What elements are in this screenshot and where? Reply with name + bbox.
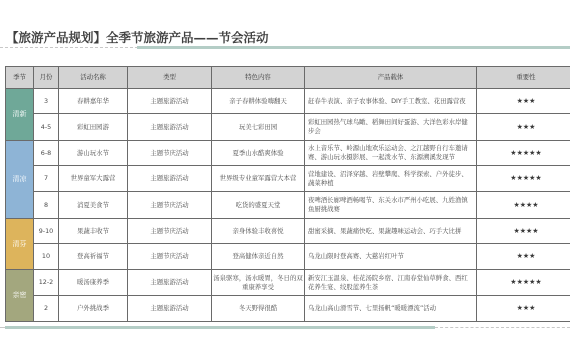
type-cell: 主题旅游活动 xyxy=(128,166,212,192)
importance-stars: ★★★★ xyxy=(477,219,570,244)
month-cell: 10 xyxy=(34,244,59,270)
type-cell: 主题旅游活动 xyxy=(128,296,212,322)
activity-name-cell: 果蔬丰收节 xyxy=(59,219,128,244)
feature-cell: 亲子春耕体验嗨翻天 xyxy=(212,89,305,114)
table-row: 4-5 彩虹田园游 主题旅游活动 玩美七彩田园 彩虹田园热气球鸟瞰、稻舞田间好蛋… xyxy=(6,114,570,141)
month-cell: 8 xyxy=(34,192,59,219)
activity-name-cell: 春耕嘉年华 xyxy=(59,89,128,114)
feature-cell: 冬天野得很酷 xyxy=(212,296,305,322)
title-divider-accent xyxy=(137,46,570,49)
col-header-importance: 重要性 xyxy=(477,67,570,89)
season-cell-qingliang: 清凉 xyxy=(6,141,34,219)
page-title: 【旅游产品规划】全季节旅游产品——节会活动 xyxy=(6,28,269,46)
col-header-season: 季节 xyxy=(6,67,34,89)
importance-stars: ★★★ xyxy=(477,244,570,270)
footer-divider-dashed xyxy=(435,327,570,328)
col-header-feature: 特色内容 xyxy=(212,67,305,89)
footer-divider-accent xyxy=(5,326,435,329)
importance-stars: ★★★ xyxy=(477,114,570,141)
month-cell: 7 xyxy=(34,166,59,192)
carrier-cell: 水上音乐节、岭源山地欢乐运动会、之江越野自行车邀请赛、游山玩水摄影展、一起泼水节… xyxy=(305,141,477,166)
table-row: 清凉 6-8 游山玩水节 主题节庆活动 夏季山水酷爽体验 水上音乐节、岭源山地欢… xyxy=(6,141,570,166)
feature-cell: 登高健体亲近自然 xyxy=(212,244,305,270)
feature-cell: 玩美七彩田园 xyxy=(212,114,305,141)
month-cell: 4-5 xyxy=(34,114,59,141)
month-cell: 3 xyxy=(34,89,59,114)
type-cell: 主题节庆活动 xyxy=(128,219,212,244)
feature-cell: 世界级专业童军露营大本营 xyxy=(212,166,305,192)
type-cell: 主题旅游活动 xyxy=(128,89,212,114)
feature-cell: 亲身体验丰收喜悦 xyxy=(212,219,305,244)
type-cell: 主题节庆活动 xyxy=(128,141,212,166)
carrier-cell: 新安江玉温泉、桂花汤院乡宿、江南春堂仙草鲜食、西红花养生宴、绞股蓝养生茶 xyxy=(305,270,477,296)
table-row: 7 世界童军大露营 主题旅游活动 世界级专业童军露营大本营 营地建设、沼泽穿越、… xyxy=(6,166,570,192)
table-row: 亲密 12-2 暖汤康养季 主题旅游活动 汤泉驱寒，汤水暖胃，冬日的双重康养享受… xyxy=(6,270,570,296)
col-header-month: 月份 xyxy=(34,67,59,89)
table-header-row: 季节 月份 活动名称 类型 特色内容 产品载体 重要性 xyxy=(6,67,570,89)
table-row: 8 消夏美食节 主题节庆活动 吃货的盛夏天堂 夜啤酒长廊啤酒畅喝节、东关水市严州… xyxy=(6,192,570,219)
importance-stars: ★★★★★ xyxy=(477,166,570,192)
importance-stars: ★★★ xyxy=(477,89,570,114)
month-cell: 6-8 xyxy=(34,141,59,166)
carrier-cell: 营地建设、沼泽穿越、岩壁攀爬、科学探索、户外徒步、蔬菜种植 xyxy=(305,166,477,192)
table-row: 10 登高祈福节 主题节庆活动 登高健体亲近自然 乌龙山限时登高赛、大慈岩红叶节… xyxy=(6,244,570,270)
season-cell-qingxin: 清新 xyxy=(6,89,34,141)
carrier-cell: 彩虹田园热气球鸟瞰、稻舞田间好蛋游、大洋色彩水岸健步会 xyxy=(305,114,477,141)
activity-name-cell: 游山玩水节 xyxy=(59,141,128,166)
importance-stars: ★★★★ xyxy=(477,192,570,219)
feature-cell: 夏季山水酷爽体验 xyxy=(212,141,305,166)
type-cell: 主题旅游活动 xyxy=(128,270,212,296)
carrier-cell: 夜啤酒长廊啤酒畅喝节、东关水市严州小吃展、九姓渔镇鱼厨挑战赛 xyxy=(305,192,477,219)
table-row: 清芬 9-10 果蔬丰收节 主题节庆活动 亲身体验丰收喜悦 甜蜜采摘、果蔬痛快吃… xyxy=(6,219,570,244)
activity-name-cell: 消夏美食节 xyxy=(59,192,128,219)
activity-name-cell: 世界童军大露营 xyxy=(59,166,128,192)
season-cell-qingfen: 清芬 xyxy=(6,219,34,270)
table-row: 2 户外挑战季 主题旅游活动 冬天野得很酷 乌龙山高山滑雪节、七里扬帆“暖暖漂流… xyxy=(6,296,570,322)
activity-name-cell: 暖汤康养季 xyxy=(59,270,128,296)
month-cell: 2 xyxy=(34,296,59,322)
col-header-activity-name: 活动名称 xyxy=(59,67,128,89)
activity-name-cell: 户外挑战季 xyxy=(59,296,128,322)
importance-stars: ★★★★★ xyxy=(477,270,570,296)
carrier-cell: 赶春牛表演、亲子农事体验、DIY手工教室、花田露营夜 xyxy=(305,89,477,114)
type-cell: 主题节庆活动 xyxy=(128,244,212,270)
activity-name-cell: 登高祈福节 xyxy=(59,244,128,270)
carrier-cell: 甜蜜采摘、果蔬痛快吃、果蔬趣味运动会、巧手大比拼 xyxy=(305,219,477,244)
title-divider-dashed xyxy=(0,47,138,48)
carrier-cell: 乌龙山高山滑雪节、七里扬帆“暖暖漂流”活动 xyxy=(305,296,477,322)
importance-stars: ★★★★★ xyxy=(477,141,570,166)
month-cell: 9-10 xyxy=(34,219,59,244)
season-cell-qinmi: 亲密 xyxy=(6,270,34,322)
type-cell: 主题节庆活动 xyxy=(128,192,212,219)
feature-cell: 汤泉驱寒，汤水暖胃，冬日的双重康养享受 xyxy=(212,270,305,296)
month-cell: 12-2 xyxy=(34,270,59,296)
col-header-type: 类型 xyxy=(128,67,212,89)
importance-stars: ★★★ xyxy=(477,296,570,322)
festival-activities-table: 季节 月份 活动名称 类型 特色内容 产品载体 重要性 清新 3 春耕嘉年华 主… xyxy=(5,66,570,322)
col-header-carrier: 产品载体 xyxy=(305,67,477,89)
type-cell: 主题旅游活动 xyxy=(128,114,212,141)
feature-cell: 吃货的盛夏天堂 xyxy=(212,192,305,219)
activity-name-cell: 彩虹田园游 xyxy=(59,114,128,141)
table-row: 清新 3 春耕嘉年华 主题旅游活动 亲子春耕体验嗨翻天 赶春牛表演、亲子农事体验… xyxy=(6,89,570,114)
carrier-cell: 乌龙山限时登高赛、大慈岩红叶节 xyxy=(305,244,477,270)
